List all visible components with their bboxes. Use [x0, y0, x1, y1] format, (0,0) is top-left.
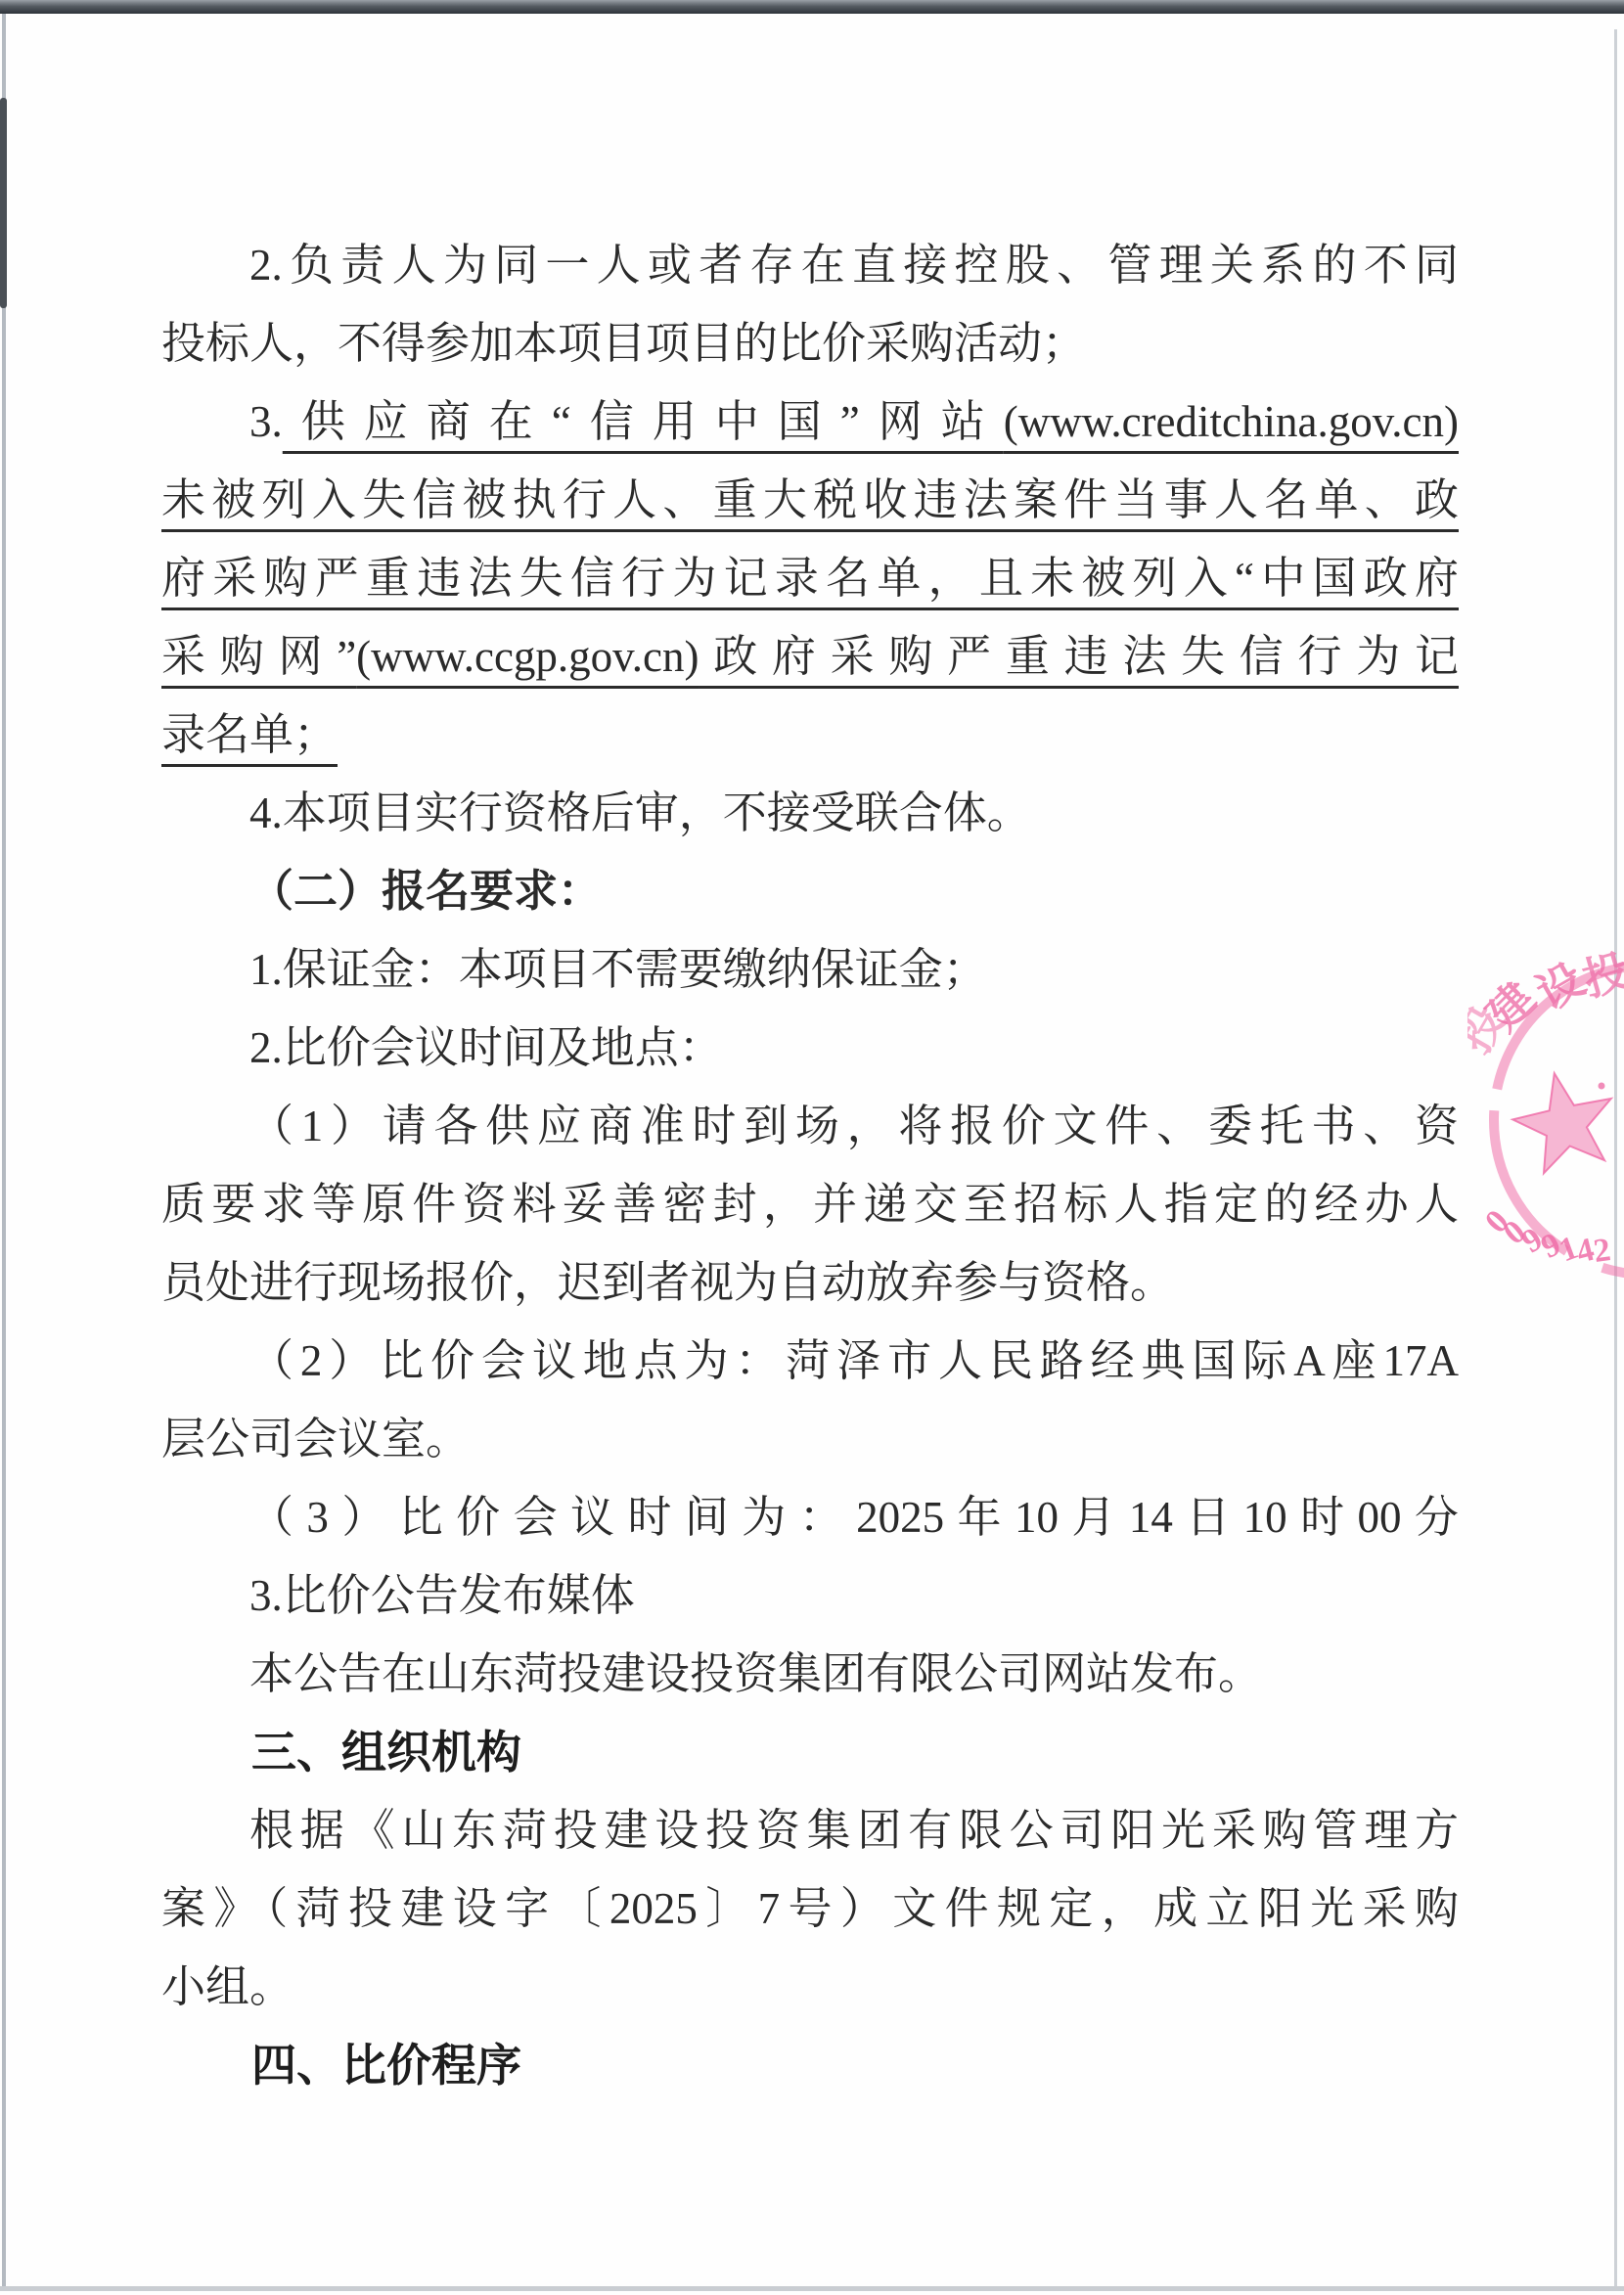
scan-left-edge-dark-segment	[0, 98, 7, 308]
text-segment: 分	[1402, 1493, 1459, 1542]
text-segment: 本公告在山东菏投建设投资集团有限公司网站发布。	[249, 1649, 1262, 1698]
text-line: 4.本项目实行资格后审，不接受联合体。	[161, 774, 1459, 852]
scan-left-edge	[2, 14, 6, 2289]
text-segment: 根据《山东菏投建设投资集团有限公司阳光采购管理方	[249, 1806, 1459, 1855]
text-segment: 年	[944, 1493, 1015, 1542]
text-line: 小组。	[161, 1948, 1459, 2026]
text-line: 3.比价公告发布媒体	[161, 1556, 1459, 1635]
latin-text-segment: A	[1293, 1336, 1326, 1385]
scan-bottom-edge	[0, 2286, 1624, 2291]
text-segment: 〕	[698, 1884, 758, 1933]
text-segment: 3.	[249, 397, 283, 446]
text-segment: 2.负责人为同一人或者存在直接控股、管理关系的不同	[249, 241, 1459, 290]
text-line: 本公告在山东菏投建设投资集团有限公司网站发布。	[161, 1635, 1459, 1713]
text-line: 层公司会议室。	[161, 1400, 1459, 1478]
latin-text-segment: 00	[1358, 1493, 1402, 1542]
scan-top-edge	[0, 0, 1624, 14]
text-line: 质要求等原件资料妥善密封，并递交至招标人指定的经办人	[161, 1165, 1459, 1243]
latin-text-segment: 17A	[1382, 1336, 1459, 1385]
text-segment: （3）比价会议时间为：	[249, 1493, 856, 1542]
text-segment: 政府采购严重违法失信行为记	[699, 632, 1459, 681]
text-line: （2）比价会议地点为：菏泽市人民路经典国际A座17A	[161, 1322, 1459, 1400]
latin-text-segment: 14	[1129, 1493, 1173, 1542]
latin-text-segment: 10	[1243, 1493, 1287, 1542]
text-segment: 日	[1173, 1493, 1243, 1542]
company-seal-stamp: 投建设投 0099142	[1467, 939, 1624, 1301]
text-segment: 层公司会议室。	[161, 1415, 470, 1463]
text-segment: 座	[1326, 1336, 1383, 1385]
text-line: 投标人，不得参加本项目项目的比价采购活动；	[161, 304, 1459, 382]
text-segment: 3.比价公告发布媒体	[249, 1571, 635, 1620]
text-segment: 质要求等原件资料妥善密封，并递交至招标人指定的经办人	[161, 1180, 1459, 1229]
text-segment: 小组。	[161, 1962, 293, 2011]
text-line: （二）报名要求：	[161, 852, 1459, 930]
latin-text-segment: (www.creditchina.gov.cn)	[1004, 397, 1459, 446]
text-segment: 号）文件规定，成立阳光采购	[780, 1884, 1459, 1933]
text-segment: 月	[1059, 1493, 1129, 1542]
latin-text-segment: 10	[1015, 1493, 1059, 1542]
text-segment: 4.本项目实行资格后审，不接受联合体。	[249, 788, 1031, 837]
text-line: 根据《山东菏投建设投资集团有限公司阳光采购管理方	[161, 1791, 1459, 1869]
seal-star-icon	[1512, 1073, 1611, 1173]
text-segment: 未被列入失信被执行人、重大税收违法案件当事人名单、政	[161, 475, 1459, 524]
text-line: （1）请各供应商准时到场，将报价文件、委托书、资	[161, 1087, 1459, 1165]
seal-serial-number: 0099142	[1478, 1203, 1613, 1271]
latin-text-segment: 2025	[856, 1493, 944, 1542]
latin-text-segment: (www.ccgp.gov.cn)	[356, 632, 699, 681]
text-line: 录名单；	[161, 696, 1459, 774]
text-segment: 员处进行现场报价，迟到者视为自动放弃参与资格。	[161, 1258, 1174, 1307]
text-line: 1.保证金：本项目不需要缴纳保证金；	[161, 930, 1459, 1009]
latin-text-segment: 2025	[609, 1884, 698, 1933]
section-heading: 四、比价程序	[161, 2026, 1459, 2104]
text-segment: 采购网”	[161, 632, 356, 681]
seal-arc-text: 投建设投	[1467, 945, 1624, 1061]
seal-ink-dot	[1599, 1083, 1605, 1090]
latin-text-segment: 7	[758, 1884, 781, 1933]
text-line: 2.负责人为同一人或者存在直接控股、管理关系的不同	[161, 226, 1459, 304]
text-line: 采购网”(www.ccgp.gov.cn)政府采购严重违法失信行为记	[161, 617, 1459, 696]
text-line: 2.比价会议时间及地点：	[161, 1009, 1459, 1087]
text-segment: 录名单；	[161, 710, 338, 759]
text-line: 3.供应商在“信用中国”网站(www.creditchina.gov.cn)	[161, 382, 1459, 461]
text-segment: 三、组织机构	[251, 1727, 521, 1777]
section-heading: 三、组织机构	[161, 1713, 1459, 1791]
text-segment: （二）报名要求：	[249, 867, 602, 916]
text-segment: 投标人，不得参加本项目项目的比价采购活动；	[161, 319, 1086, 368]
text-segment: 时	[1287, 1493, 1358, 1542]
text-line: 案》（菏投建设字〔2025〕7号）文件规定，成立阳光采购	[161, 1869, 1459, 1948]
text-line: 未被列入失信被执行人、重大税收违法案件当事人名单、政	[161, 461, 1459, 539]
text-line: 府采购严重违法失信行为记录名单，且未被列入“中国政府	[161, 539, 1459, 617]
text-segment: 案》（菏投建设字〔	[161, 1884, 609, 1933]
document-body: 2.负责人为同一人或者存在直接控股、管理关系的不同投标人，不得参加本项目项目的比…	[161, 226, 1459, 2104]
text-segment: （2）比价会议地点为：菏泽市人民路经典国际	[249, 1336, 1293, 1385]
text-line: 员处进行现场报价，迟到者视为自动放弃参与资格。	[161, 1243, 1459, 1322]
text-segment: 1.保证金：本项目不需要缴纳保证金；	[249, 945, 987, 994]
text-segment: 府采购严重违法失信行为记录名单，且未被列入“中国政府	[161, 554, 1459, 603]
text-segment: 供应商在“信用中国”网站	[283, 397, 1004, 446]
text-segment: （1）请各供应商准时到场，将报价文件、委托书、资	[249, 1102, 1459, 1150]
scanned-page: 2.负责人为同一人或者存在直接控股、管理关系的不同投标人，不得参加本项目项目的比…	[0, 0, 1624, 2295]
text-segment: 2.比价会议时间及地点：	[249, 1023, 723, 1072]
text-line: （3）比价会议时间为：2025年10月14日10时00分	[161, 1478, 1459, 1556]
text-segment: 四、比价程序	[251, 2040, 521, 2091]
